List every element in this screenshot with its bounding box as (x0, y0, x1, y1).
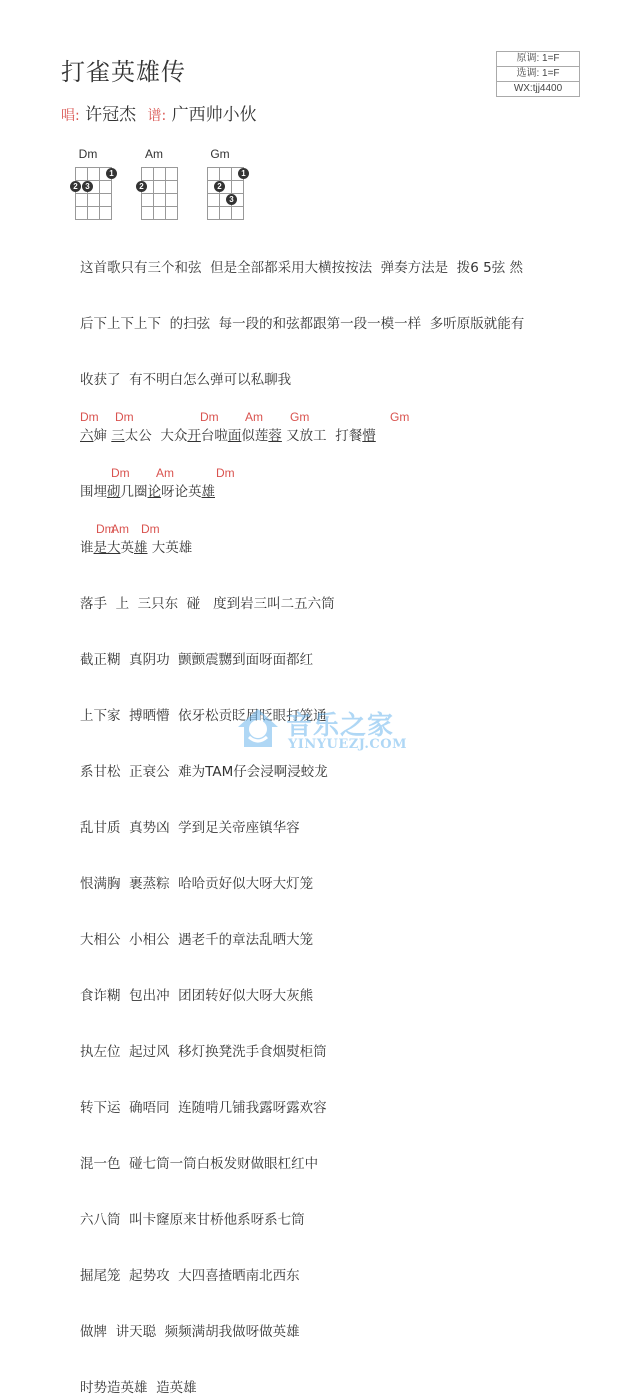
lyric-segment: 六 (80, 428, 94, 444)
chord-marker: Am (156, 466, 174, 480)
lyric-line: 六婶 三太公 大众开台啦面似莲蓉 又放工 打餐懵 (80, 424, 376, 444)
intro-line: 这首歌只有三个和弦 但是全部都采用大横按按法 弹奏方法是 拨6 5弦 然 (80, 256, 523, 276)
finger-dot: 3 (226, 194, 237, 205)
verse-line: 转下运 确唔同 连随啃几铺我露呀露欢容 (80, 1096, 327, 1116)
lyric-segment: 几圈 (121, 484, 148, 500)
song-meta: 唱: 许冠杰 谱: 广西帅小伙 (61, 100, 257, 125)
verse-line: 掘尾笼 起势攻 大四喜揸晒南北西东 (80, 1264, 300, 1284)
finger-dot: 2 (214, 181, 225, 192)
fretboard-grid: 123 (207, 167, 243, 219)
chord-marker: Am (245, 410, 263, 424)
lyric-segment: 懵 (362, 428, 376, 444)
lyric-segment: 雄 (202, 484, 216, 500)
lyric-line: 谁是大英雄 大英雄 (80, 536, 192, 556)
watermark: 音乐之家 YINYUEZJ.COM (236, 707, 406, 755)
selected-key: 选调: 1=F (497, 67, 579, 82)
chord-marker: Dm (200, 410, 219, 424)
lyric-segment: 呀论英 (161, 484, 202, 500)
verse-line: 混一色 碰七筒一筒白板发财做眼杠红中 (80, 1152, 318, 1172)
lyric-segment: 砌 (107, 484, 121, 500)
verse-line: 恨满胸 裹蒸粽 哈哈贡好似大呀大灯笼 (80, 872, 313, 892)
lyric-segment: 台啦 (201, 428, 228, 444)
fretboard-grid: 2 (141, 167, 177, 219)
arranger-name: 广西帅小伙 (172, 105, 257, 125)
chord-marker: Dm (216, 466, 235, 480)
verse-line: 大相公 小相公 遇老千的章法乱晒大笼 (80, 928, 313, 948)
intro-line: 收获了 有不明白怎么弹可以私聊我 (80, 368, 291, 388)
lyric-segment: 是大 (94, 540, 121, 556)
original-key: 原调: 1=F (497, 52, 579, 67)
chord-diagram-gm: Gm123 (193, 147, 253, 161)
chord-marker: Am (111, 522, 129, 536)
intro-line: 后下上下上下 的扫弦 每一段的和弦都跟第一段一模一样 多听原版就能有 (80, 312, 524, 332)
chord-marker: Dm (80, 410, 99, 424)
lyric-segment: 婶 (94, 428, 112, 444)
lyric-segment: 开 (187, 428, 201, 444)
finger-dot: 1 (238, 168, 249, 179)
lyric-segment: 谁 (80, 540, 94, 556)
singer-label: 唱: (61, 108, 80, 124)
lyric-segment: 英 (121, 540, 135, 556)
lyric-segment: 围埋 (80, 484, 107, 500)
verse-line: 六八筒 叫卡窿原来甘桥他系呀系七筒 (80, 1208, 305, 1228)
contact-wx: WX:tjj4400 (497, 82, 579, 96)
verse-line: 系甘松 正衰公 难为TAM仔会浸啊浸蛟龙 (80, 760, 328, 780)
chord-name: Dm (55, 147, 121, 161)
lyric-segment: 大英雄 (148, 540, 193, 556)
chord-marker: Dm (115, 410, 134, 424)
lyric-segment: 面 (228, 428, 242, 444)
chord-name: Am (121, 147, 187, 161)
verse-line: 做牌 讲天聪 频频满胡我做呀做英雄 (80, 1320, 300, 1340)
verse-line: 截正糊 真阴功 颤颤震嬲到面呀面都红 (80, 648, 313, 668)
chord-marker: Dm (111, 466, 130, 480)
lyric-segment: 蓉 (268, 428, 282, 444)
lyric-segment: 似莲 (241, 428, 268, 444)
chord-diagram-am: Am2 (127, 147, 187, 161)
chord-diagram-dm: Dm123 (61, 147, 121, 161)
house-music-logo-icon (236, 707, 280, 749)
lyric-segment: 太公 大众 (125, 428, 188, 444)
arranger-label: 谱: (148, 108, 167, 124)
song-title: 打雀英雄传 (61, 52, 186, 87)
lyric-segment: 论 (148, 484, 162, 500)
chord-name: Gm (187, 147, 253, 161)
chord-marker: Dm (141, 522, 160, 536)
lyric-segment: 雄 (134, 540, 148, 556)
finger-dot: 1 (106, 168, 117, 179)
lyric-segment: 又放工 打餐 (282, 428, 362, 444)
chord-marker: Gm (390, 410, 409, 424)
key-info-box: 原调: 1=F 选调: 1=F WX:tjj4400 (496, 51, 580, 97)
finger-dot: 2 (70, 181, 81, 192)
fretboard-grid: 123 (75, 167, 111, 219)
verse-line: 落手 上 三只东 碰 度到岩三叫二五六筒 (80, 592, 335, 612)
watermark-en: YINYUEZJ.COM (288, 737, 407, 752)
lyric-segment: 三 (111, 428, 125, 444)
verse-line: 执左位 起过风 移灯换凳洗手食烟熨柜筒 (80, 1040, 327, 1060)
singer-name: 许冠杰 (85, 105, 136, 125)
chord-marker: Gm (290, 410, 309, 424)
verse-line: 乱甘质 真势凶 学到足关帝座镇华容 (80, 816, 300, 836)
verse-line: 食诈糊 包出冲 团团转好似大呀大灰熊 (80, 984, 313, 1004)
finger-dot: 2 (136, 181, 147, 192)
verse-line: 时势造英雄 造英雄 (80, 1376, 197, 1396)
lyric-line: 围埋砌几圈论呀论英雄 (80, 480, 215, 500)
finger-dot: 3 (82, 181, 93, 192)
